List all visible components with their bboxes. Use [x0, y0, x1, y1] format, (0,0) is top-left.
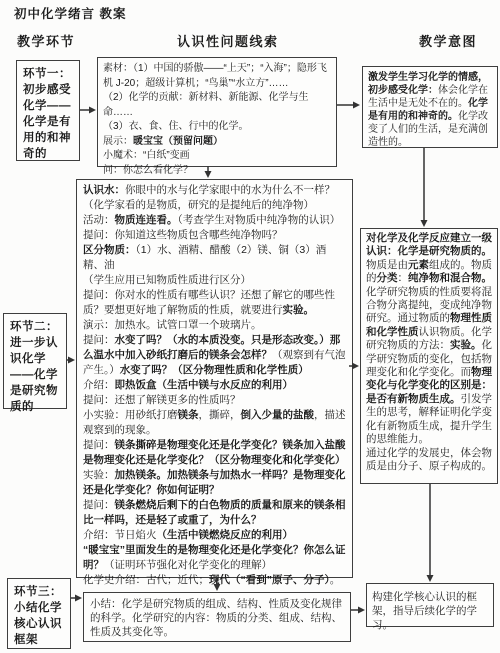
text-paragraph: 实验：加热镁条。加热镁条与加热水一样吗？是物理变化还是化学变化？你如何证明？: [83, 468, 346, 498]
text-paragraph: 介绍：节日焰火（生活中镁燃烧反应的利用）: [83, 528, 346, 543]
arrow-summary-to-intent3: [351, 607, 365, 614]
arrow-intent1-to-intent2: [421, 148, 428, 227]
summary-box: 小结：化学是研究物质的组成、结构、性质及变化规律的科学。化学研究的内容：物质的分…: [83, 592, 351, 642]
text-paragraph: （化学家看的是物质，研究的是提纯后的纯净物）: [83, 198, 346, 213]
text-paragraph: 问：你怎么看化学？: [103, 164, 331, 179]
text-paragraph: 提问：你知道这些物质包含哪些纯净物吗？: [83, 228, 346, 243]
column-header-teaching-intent: 教学意图: [419, 31, 477, 50]
text-paragraph: 介绍：即热饭盒（生活中镁与水反应的利用）: [83, 378, 346, 393]
page-title: 初中化学绪言 教案: [14, 4, 126, 22]
text-paragraph: 认识水：你眼中的水与化学家眼中的水为什么不一样？: [83, 183, 346, 198]
arrow-stage2-to-clues2: [67, 357, 75, 364]
text-paragraph: 区分物质：（1）水、酒精、醋酸（2）镁、铜（3）酒精、油: [83, 243, 346, 273]
teaching-intent-box-1: 激发学生学习化学的情感，初步感受化学：体会化学在生活中是无处不在的。化学是有用的…: [362, 66, 498, 148]
text-paragraph: （3）衣、食、住、行中的化学。: [103, 120, 331, 135]
question-clues-box-2: 认识水：你眼中的水与化学家眼中的水为什么不一样？（化学家看的是物质，研究的是提纯…: [76, 179, 353, 578]
text-paragraph: 化学史介绍：古代；近代；现代（“看到”原子、分子）。: [83, 573, 346, 588]
text-paragraph: “暖宝宝”里面发生的是物理变化还是化学变化？你怎么证明？（证明环节强化对化学变化…: [83, 543, 346, 573]
text-paragraph: 通过化学的发展史，体会物质是由分子、原子构成的。: [366, 447, 492, 474]
teaching-intent-box-3: 构建化学核心认识的框架，指导后续化学的学习。: [366, 583, 494, 627]
text-paragraph: 小结：化学是研究物质的组成、结构、性质及变化规律的科学。化学研究的内容：物质的分…: [90, 597, 344, 639]
column-header-question-clues: 认识性问题线索: [177, 31, 279, 50]
stage-2-box: 环节二：进一步认识化学——化学是研究物质的: [3, 313, 67, 409]
text-paragraph: 活动：物质连连看。（考查学生对物质中纯净物的认识）: [83, 213, 346, 228]
teaching-intent-box-2: 对化学及化学反应建立一级认识：化学是研究物质的。物质是由元素组成的。物质的分类：…: [360, 228, 498, 484]
text-paragraph: 激发学生学习化学的情感，初步感受化学：体会化学在生活中是无处不在的。化学是有用的…: [368, 71, 492, 149]
text-paragraph: 素材：（1）中国的骄傲——“上天”；“入海”；隐形飞机 J-20；超级计算机；“…: [103, 62, 331, 91]
text-paragraph: 小实验：用砂纸打磨镁条，撕碎，倒入少量的盐酸，描述观察到的现象。: [83, 408, 346, 438]
arrow-clues1-to-intent1: [337, 102, 360, 109]
text-paragraph: （学生应用已知物质性质进行区分）: [83, 273, 346, 288]
question-clues-box-1: 素材：（1）中国的骄傲——“上天”；“入海”；隐形飞机 J-20；超级计算机；“…: [97, 57, 337, 167]
text-paragraph: 提问：还想了解镁更多的性质吗？: [83, 393, 346, 408]
text-paragraph: 对化学及化学反应建立一级认识：化学是研究物质的。物质是由元素组成的。物质的分类：…: [366, 232, 492, 447]
text-paragraph: 提问：镁条撕碎是物理变化还是化学变化？镁条加入盐酸是物理变化还是化学变化？（区分…: [83, 438, 346, 468]
text-paragraph: 提问：你对水的性质有哪些认识？还想了解它的哪些性质？要想更好地了解物质的性质，就…: [83, 288, 346, 318]
lesson-plan-document: 初中化学绪言 教案 教学环节 认识性问题线索 教学意图 环节一：初步感受化学——…: [0, 0, 500, 653]
stage-3-box: 环节三：小结化学核心认识框架: [7, 578, 71, 649]
arrow-stage1-to-clues1: [80, 107, 96, 114]
arrow-intent2-to-intent3: [427, 484, 434, 582]
text-paragraph: 展示：暖宝宝（预留问题）: [103, 135, 331, 150]
text-paragraph: （2）化学的贡献：新材料、新能源、化学与生命……: [103, 91, 331, 120]
text-paragraph: 演示：加热水。试管口罩一个玻璃片。: [83, 318, 346, 333]
text-paragraph: 构建化学核心认识的框架，指导后续化学的学习。: [372, 590, 488, 632]
text-paragraph: 提问：镁条燃烧后剩下的白色物质的质量和原来的镁条相比一样吗，还是轻了或重了，为什…: [83, 498, 346, 528]
text-paragraph: 小魔术：“白纸”变画: [103, 149, 331, 164]
column-header-teaching-stages: 教学环节: [17, 31, 75, 50]
stage-1-box: 环节一：初步感受化学——化学是有用的和神奇的: [16, 60, 80, 161]
text-paragraph: 提问：水变了吗？（水的本质没变。只是形态改变。）那么温水中加入砂纸打磨后的镁条会…: [83, 333, 346, 378]
arrow-stage3-to-summary: [71, 595, 82, 602]
